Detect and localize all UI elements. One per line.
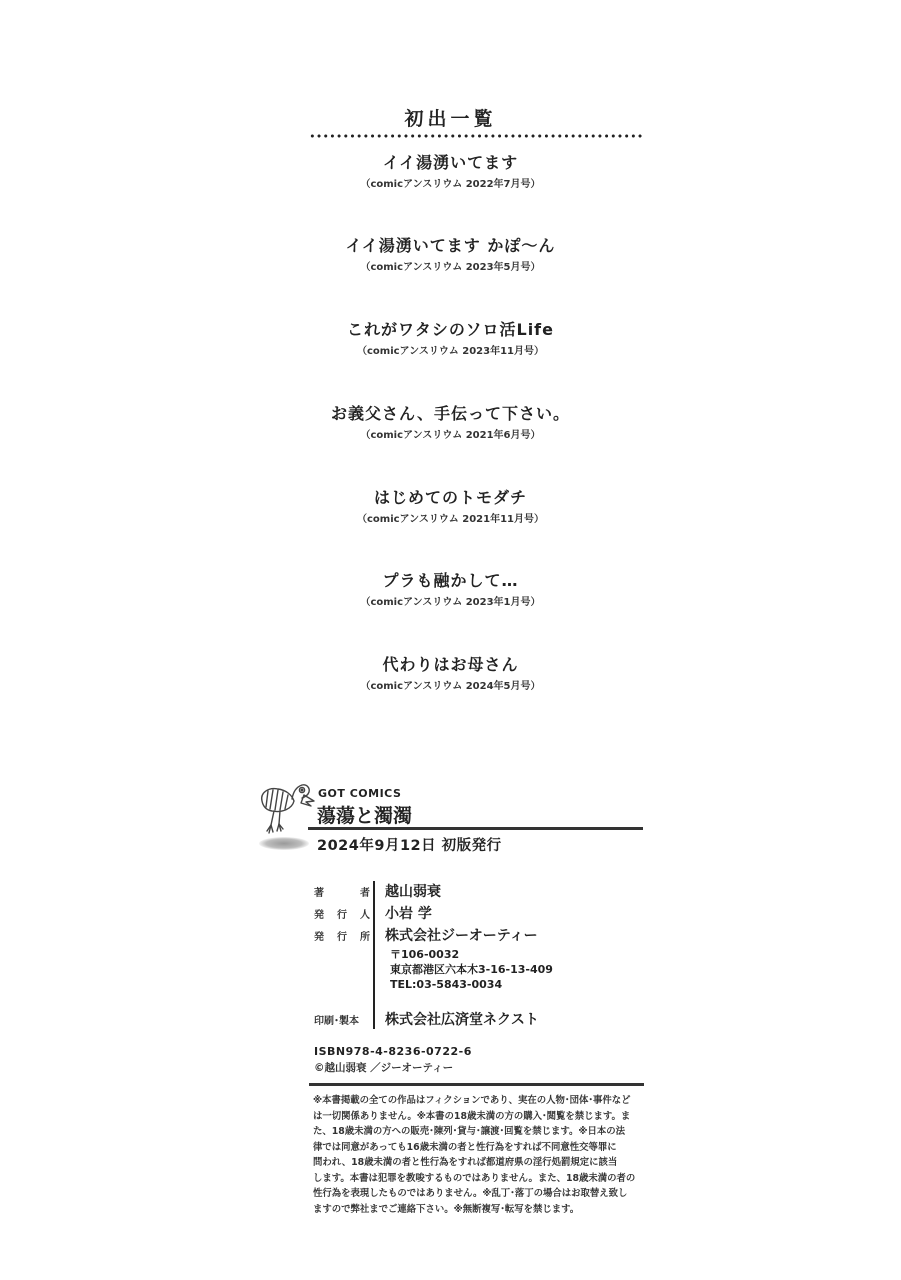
work-source: （comicアンスリウム 2023年11月号）	[0, 345, 901, 358]
postal-code: 〒106-0032	[390, 947, 459, 962]
label-char: 行	[337, 906, 347, 921]
label-char: 者	[360, 884, 370, 899]
credit-label: 著 者	[314, 884, 370, 899]
credit-value: 株式会社ジーオーティー	[385, 925, 538, 945]
notice-line: た、18歳未満の方への販売･陳列･貸与･譲渡･回覧を禁じます。※日本の法	[313, 1124, 645, 1140]
dotted-divider	[309, 134, 644, 138]
title-divider	[308, 827, 643, 830]
credit-value: 越山弱衰	[385, 881, 441, 901]
work-entry: プラも融かして… （comicアンスリウム 2023年1月号）	[0, 571, 901, 609]
work-source: （comicアンスリウム 2023年5月号）	[0, 261, 901, 274]
label-char: 行	[337, 928, 347, 943]
copyright: ©越山弱衰 ／ジーオーティー	[314, 1060, 453, 1075]
work-entry: お義父さん、手伝って下さい。 （comicアンスリウム 2021年6月号）	[0, 404, 901, 442]
work-entry: これがワタシのソロ活Life （comicアンスリウム 2023年11月号）	[0, 320, 901, 358]
notice-line: ※本書掲載の全ての作品はフィクションであり、実在の人物･団体･事件など	[313, 1093, 645, 1109]
credit-row-publishing-house: 発 行 所 株式会社ジーオーティー	[314, 925, 370, 945]
work-source: （comicアンスリウム 2024年5月号）	[0, 680, 901, 693]
notice-divider	[309, 1083, 644, 1086]
credits-vertical-rule	[373, 881, 375, 1029]
book-title: 蕩蕩と濁濁	[317, 801, 412, 828]
credit-row-publisher: 発 行 人 小岩 学	[314, 903, 370, 923]
notice-line: 問われ、18歳未満の者と性行為をすれば都道府県の淫行処罰規定に該当	[313, 1155, 645, 1171]
colophon-page: 初出一覧 イイ湯湧いてます （comicアンスリウム 2022年7月号） イイ湯…	[0, 0, 901, 1280]
telephone: TEL:03-5843-0034	[390, 977, 502, 992]
work-source: （comicアンスリウム 2021年11月号）	[0, 513, 901, 526]
work-entry: 代わりはお母さん （comicアンスリウム 2024年5月号）	[0, 655, 901, 693]
edition-date: 2024年9月12日 初版発行	[317, 834, 502, 855]
label-char: 著	[314, 884, 324, 899]
work-title: お義父さん、手伝って下さい。	[0, 404, 901, 424]
work-title: イイ湯湧いてます かぽ～ん	[0, 236, 901, 256]
credit-row-author: 著 者 越山弱衰	[314, 881, 370, 901]
credit-label: 発 行 所	[314, 928, 370, 943]
work-entry: イイ湯湧いてます （comicアンスリウム 2022年7月号）	[0, 153, 901, 191]
credit-row-printer: 印刷･製本 株式会社広済堂ネクスト	[314, 1009, 370, 1029]
work-source: （comicアンスリウム 2021年6月号）	[0, 429, 901, 442]
notice-line: 律では同意があっても16歳未満の者と性行為をすれば不同意性交等罪に	[313, 1140, 645, 1156]
street-address: 東京都港区六本木3-16-13-409	[390, 962, 553, 977]
notice-line: します。本書は犯罪を教唆するものではありません。また、18歳未満の者の	[313, 1171, 645, 1187]
notice-line: 性行為を表現したものではありません。※乱丁･落丁の場合はお取替え致し	[313, 1186, 645, 1202]
work-title: はじめてのトモダチ	[0, 488, 901, 508]
work-title: これがワタシのソロ活Life	[0, 320, 901, 340]
work-source: （comicアンスリウム 2023年1月号）	[0, 596, 901, 609]
legal-notice: ※本書掲載の全ての作品はフィクションであり、実在の人物･団体･事件など は一切関…	[313, 1093, 645, 1217]
label-char: 発	[314, 906, 324, 921]
credit-value: 株式会社広済堂ネクスト	[385, 1009, 539, 1029]
label-char: 人	[360, 906, 370, 921]
credit-value: 小岩 学	[385, 903, 432, 923]
work-source: （comicアンスリウム 2022年7月号）	[0, 178, 901, 191]
work-title: プラも融かして…	[0, 571, 901, 591]
credit-label: 発 行 人	[314, 906, 370, 921]
label-char: 所	[360, 928, 370, 943]
imprint-label: GOT COMICS	[318, 787, 401, 800]
notice-line: ますので弊社までご連絡下さい。※無断複写･転写を禁じます。	[313, 1202, 645, 1218]
first-appearance-heading: 初出一覧	[0, 104, 901, 131]
label-char: 発	[314, 928, 324, 943]
work-entry: イイ湯湧いてます かぽ～ん （comicアンスリウム 2023年5月号）	[0, 236, 901, 274]
work-title: 代わりはお母さん	[0, 655, 901, 675]
isbn: ISBN978-4-8236-0722-6	[314, 1045, 472, 1058]
notice-line: は一切関係ありません。※本書の18歳未満の方の購入･閲覧を禁じます。ま	[313, 1109, 645, 1125]
work-entry: はじめてのトモダチ （comicアンスリウム 2021年11月号）	[0, 488, 901, 526]
bird-mascot-icon	[256, 779, 316, 839]
work-title: イイ湯湧いてます	[0, 153, 901, 173]
credit-label: 印刷･製本	[314, 1012, 370, 1027]
